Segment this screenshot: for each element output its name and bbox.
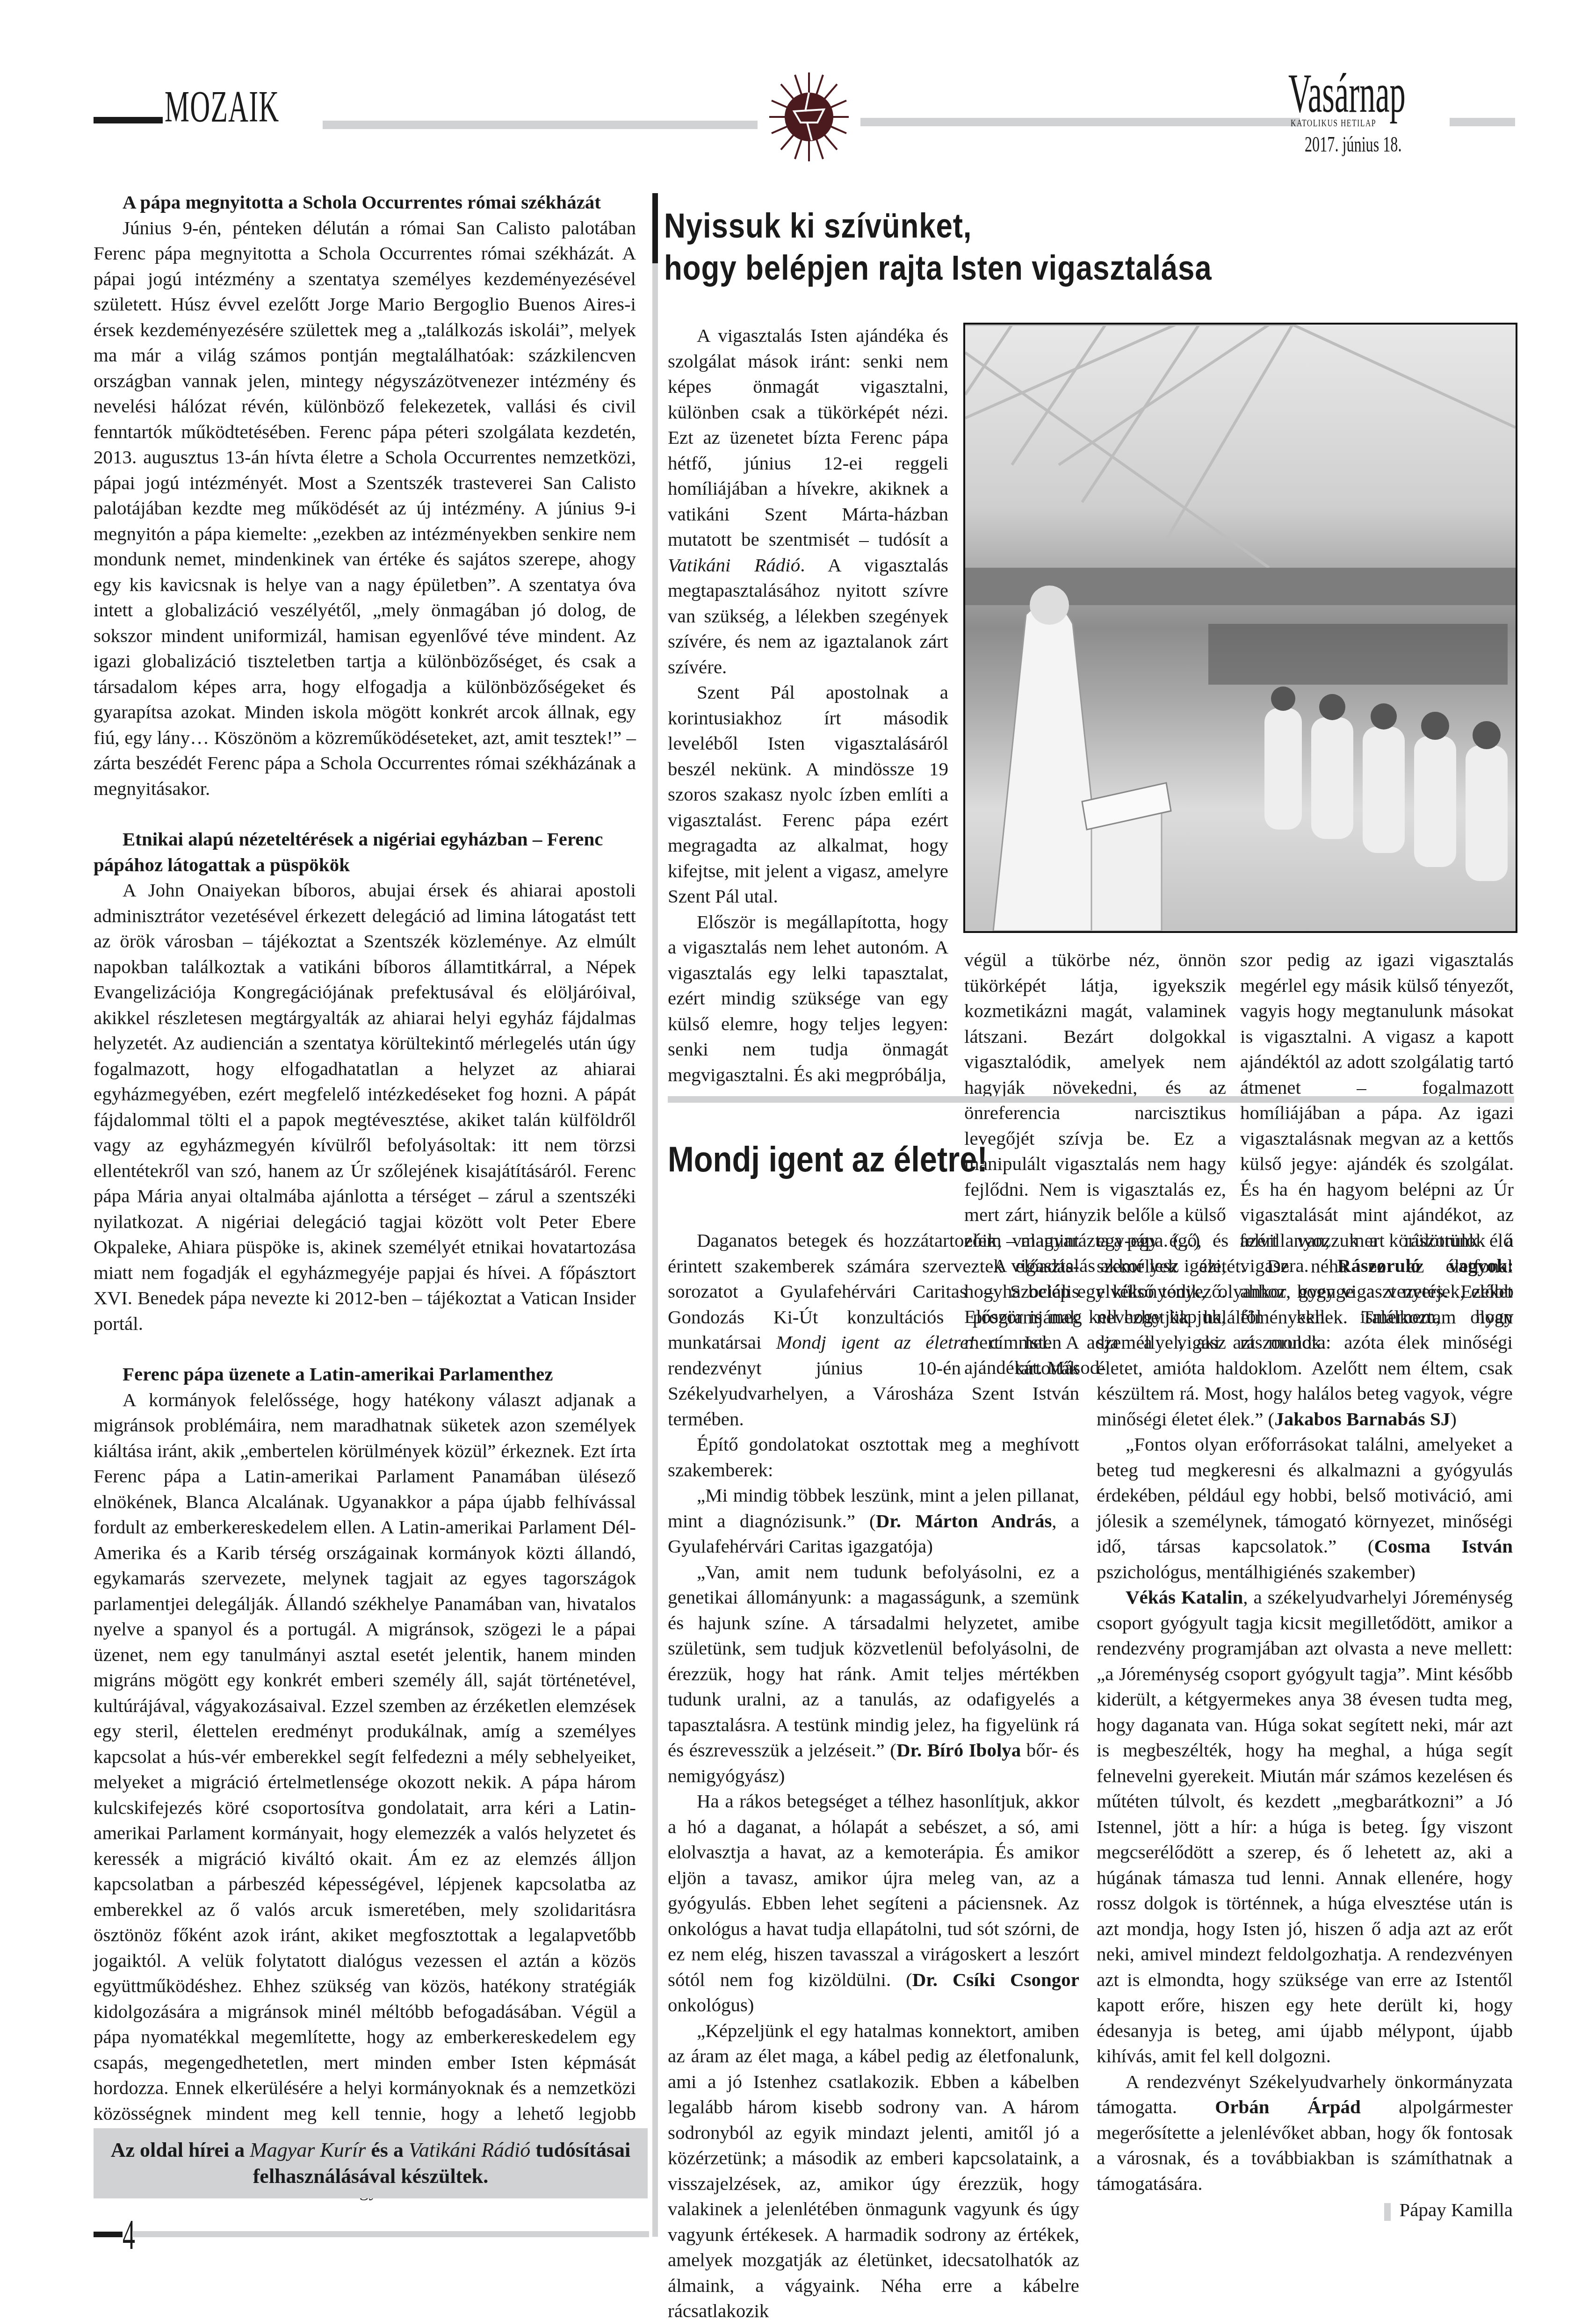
radiant-cross-emblem-icon: [767, 70, 851, 164]
footer-rule: [132, 2231, 649, 2237]
header-rule-far-right: [1450, 118, 1515, 126]
source-note-box: Az oldal hírei a Magyar Kurír és a Vatik…: [94, 2128, 648, 2198]
article-paragraph: Először is megállapította, hogy a vigasz…: [668, 909, 948, 1088]
article-title: Etnikai alapú nézeteltérések a nigériai …: [94, 826, 636, 877]
source-text: Az oldal hírei a: [111, 2139, 250, 2161]
source-vatican-radio: Vatikáni Rádió: [409, 2139, 530, 2161]
article-paragraph: A kormányok felelőssége, hogy hatékony v…: [94, 1387, 636, 2203]
article-paragraph: A rendezvényt Székelyudvarhely önkormány…: [1097, 2069, 1513, 2197]
footer-black-bar: [94, 2232, 123, 2237]
header-black-bar: [94, 117, 163, 123]
article-paragraph: „Mi mindig többek leszünk, mint a jelen …: [668, 1482, 1079, 1559]
article-photo: [963, 323, 1517, 933]
article-paragraph: A vigasztalás Isten ajándéka és szolgála…: [668, 323, 948, 679]
header-rule-left: [323, 121, 758, 129]
article-title: A pápa megnyitotta a Schola Occurrentes …: [94, 189, 636, 215]
article-title: Ferenc pápa üzenete a Latin-amerikai Par…: [94, 1361, 636, 1387]
article-paragraph: Daganatos betegek és hozzátartozóik, val…: [668, 1228, 1079, 1431]
byline-marker: [1384, 2203, 1391, 2221]
article-paragraph: Építő gondolatokat osztottak meg a meghí…: [668, 1431, 1079, 1482]
source-text: és a: [366, 2139, 409, 2161]
author-name: Pápay Kamilla: [1399, 2199, 1513, 2220]
byline: Pápay Kamilla: [1097, 2197, 1513, 2223]
article-paragraph: Szent Pál apostolnak a korintusiakhoz ír…: [668, 679, 948, 909]
article-paragraph: egy-egy égő, és felvillanyozzuk a körülö…: [1097, 1228, 1513, 1431]
article-paragraph: „Van, amit nem tudunk befolyásolni, ez a…: [668, 1559, 1079, 1789]
article-separator-rule: [668, 1096, 1514, 1103]
section-title: MOZAIK: [165, 83, 279, 130]
left-news-column: A pápa megnyitotta a Schola Occurrentes …: [94, 189, 636, 2203]
article-paragraph: Ha a rákos betegséget a télhez hasonlítj…: [668, 1788, 1079, 2018]
article-headline: Nyissuk ki szívünket, hogy belépjen rajt…: [664, 205, 1212, 289]
article-headline: Mondj igent az életre!: [668, 1139, 988, 1181]
life-col-1: Daganatos betegek és hozzátartozóik, val…: [668, 1228, 1079, 2320]
life-col-2: egy-egy égő, és felvillanyozzuk a körülö…: [1097, 1228, 1513, 2223]
consolation-col-1: A vigasztalás Isten ajándéka és szolgála…: [668, 323, 948, 1087]
issue-date: 2017. június 18.: [1305, 132, 1402, 157]
article-paragraph: Június 9-én, pénteken délután a római Sa…: [94, 215, 636, 802]
source-magyar-kurir: Magyar Kurír: [250, 2139, 366, 2161]
column-divider-dark: [652, 193, 658, 263]
article-paragraph: Vékás Katalin, a székelyudvarhelyi Jórem…: [1097, 1584, 1513, 2069]
column-divider: [652, 263, 658, 2237]
article-paragraph: „Képzeljünk el egy hatalmas konnektort, …: [668, 2018, 1079, 2320]
masthead-title: Vasárnap: [1288, 65, 1406, 122]
header-rule-right: [860, 118, 1300, 126]
masthead-subtitle: KATOLIKUS HETILAP: [1291, 117, 1376, 129]
photo-pope-mass-santa-marta-icon: [965, 325, 1516, 931]
article-paragraph: „Fontos olyan erőforrásokat találni, ame…: [1097, 1431, 1513, 1584]
article-paragraph: A John Onaiyekan bíboros, abujai érsek é…: [94, 877, 636, 1336]
